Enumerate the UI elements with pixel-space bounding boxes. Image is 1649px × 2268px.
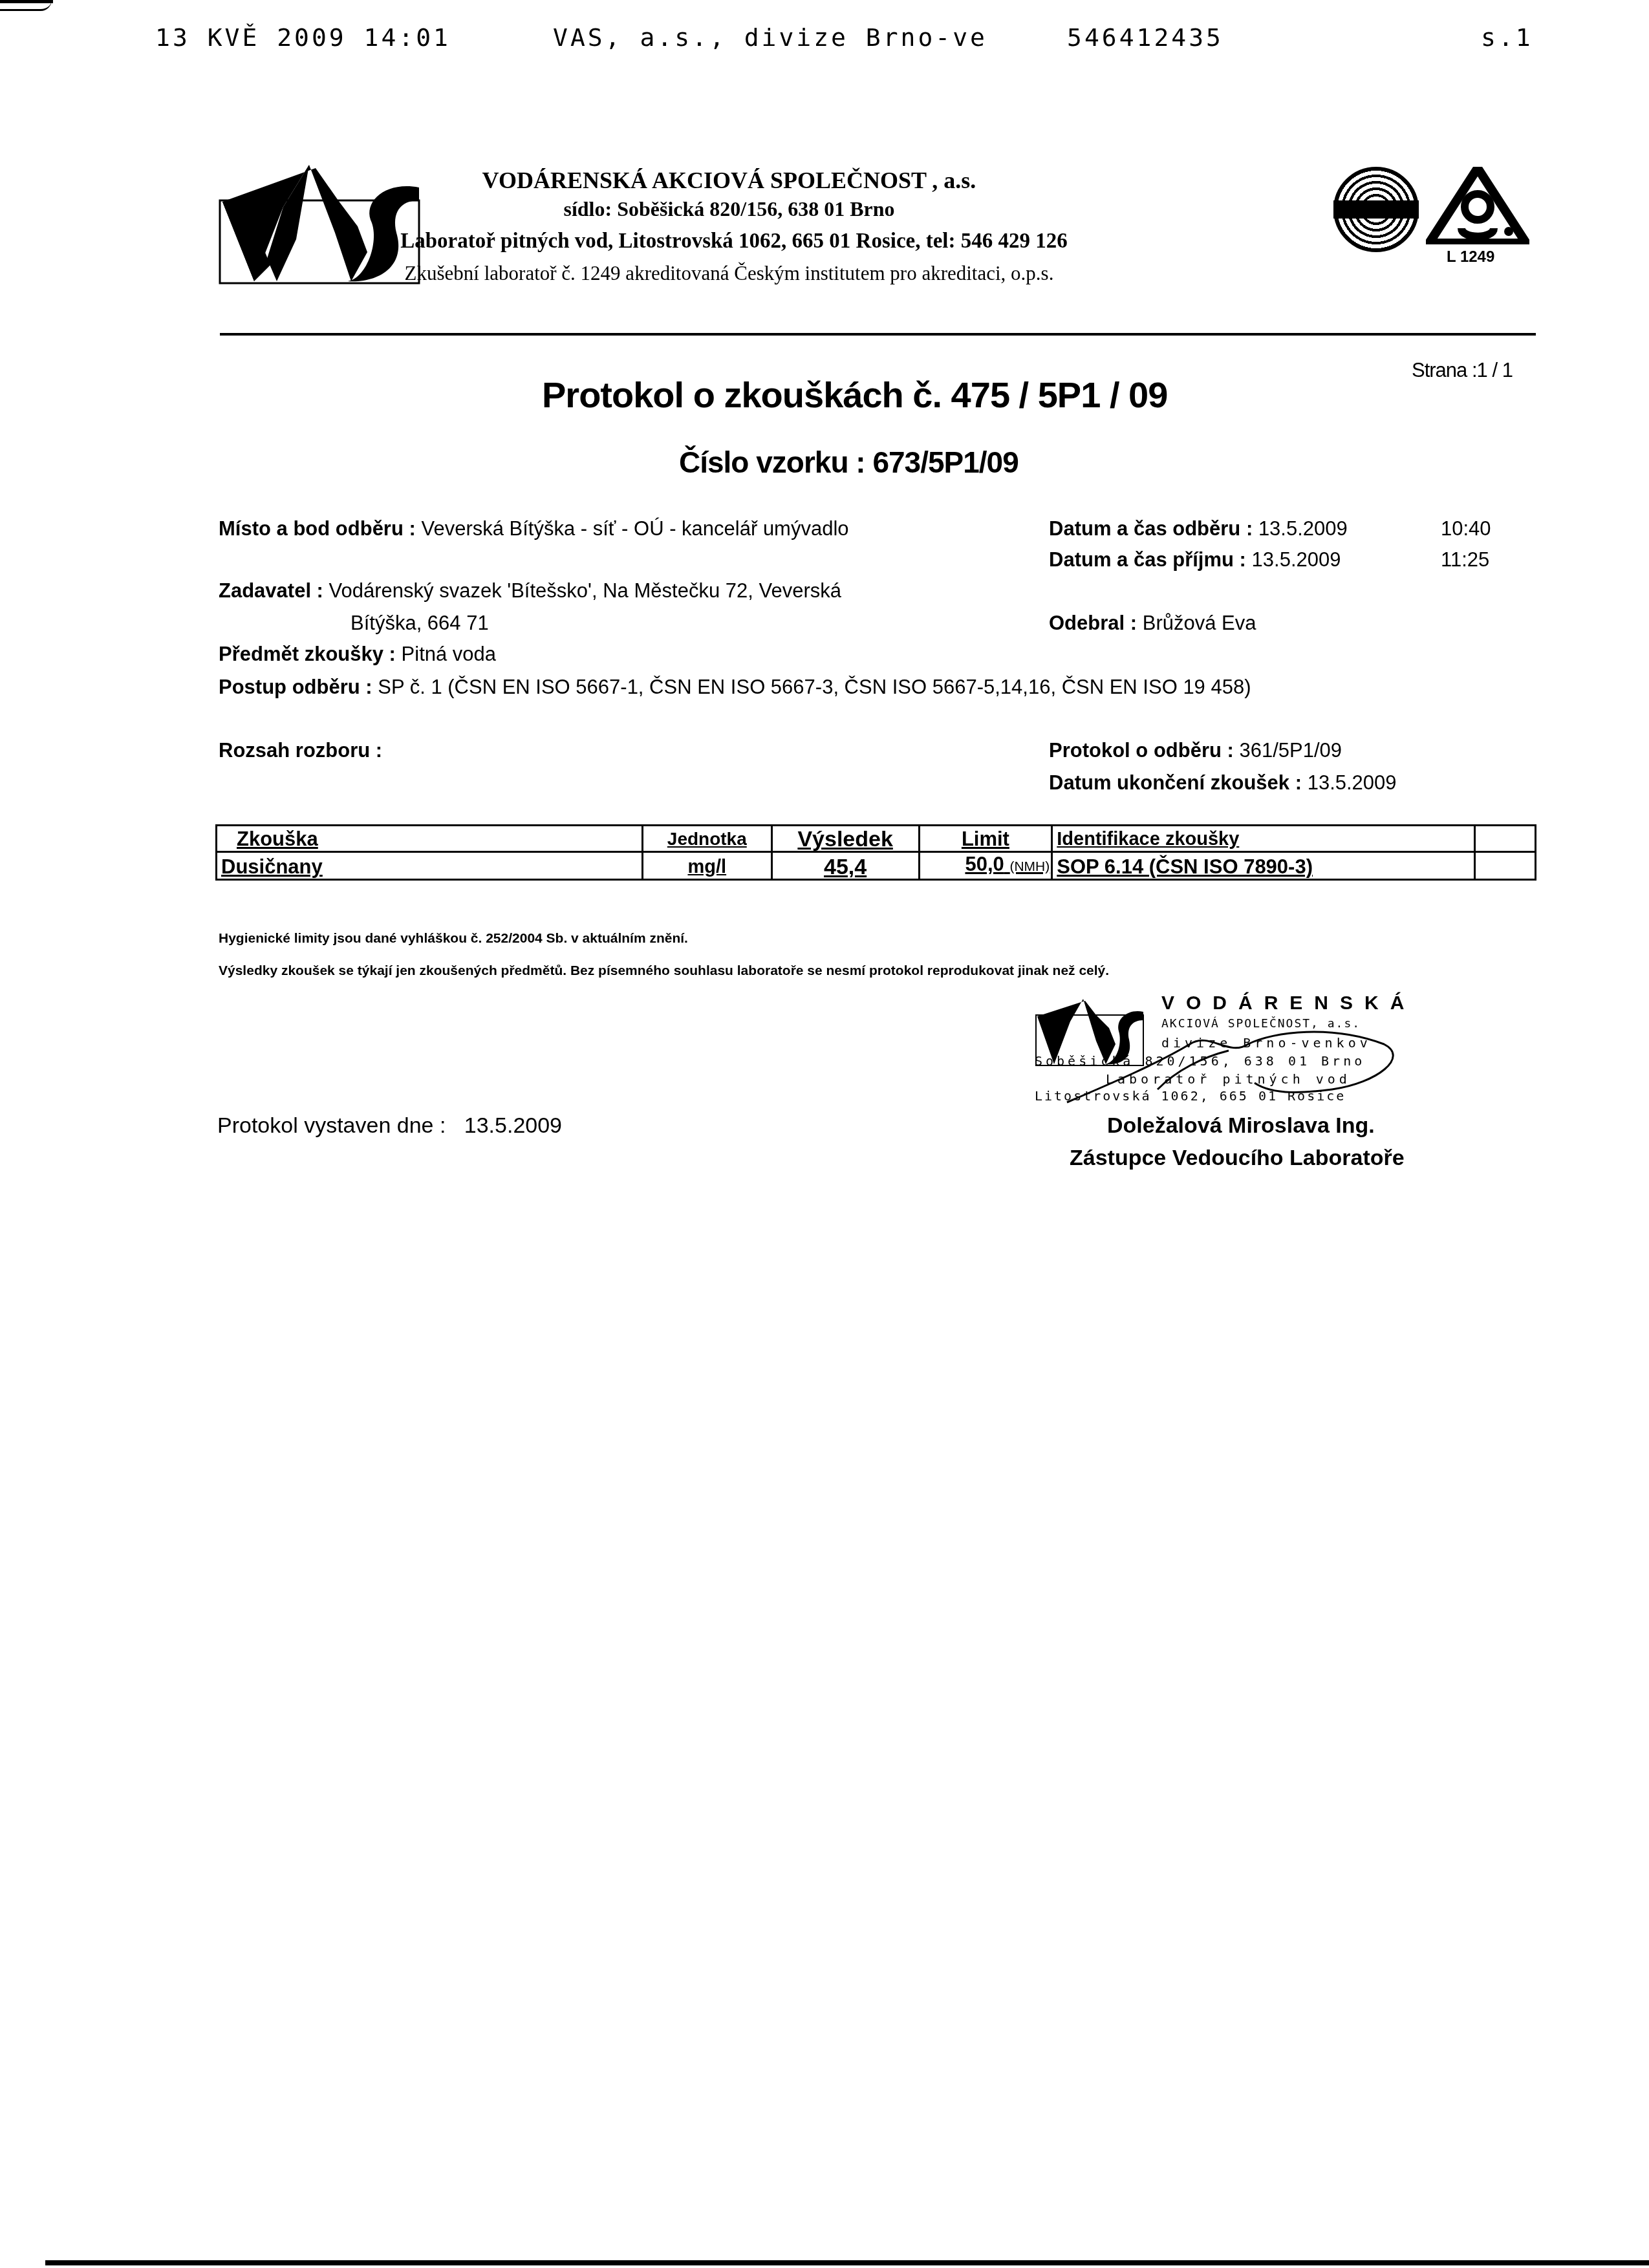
client-label: Zadavatel : <box>219 579 323 602</box>
accreditation-text: Zkušební laboratoř č. 1249 akreditovaná … <box>0 262 1458 285</box>
sampler-label: Odebral : <box>1049 612 1137 634</box>
sample-number: Číslo vzorku : 673/5P1/09 <box>679 445 1018 480</box>
stamp-line4: Soběšická 820/156, 638 01 Brno <box>1035 1053 1365 1069</box>
header-extra <box>1475 826 1536 852</box>
fax-datetime: 13 KVĚ 2009 14:01 <box>155 23 451 52</box>
sampling-dt-label: Datum a čas odběru : <box>1049 517 1253 540</box>
subject-value: Pitná voda <box>402 643 497 665</box>
procedure-label: Postup odběru : <box>219 676 372 698</box>
page-title: Protokol o zkouškách č. 475 / 5P1 / 09 <box>542 374 1167 416</box>
signatory-role: Zástupce Vedoucího Laboratoře <box>1070 1146 1405 1171</box>
procedure-value: SP č. 1 (ČSN EN ISO 5667-1, ČSN EN ISO 5… <box>378 676 1251 698</box>
fax-sender: VAS, a.s., divize Brno-ve <box>553 23 987 52</box>
sampler-value: Brůžová Eva <box>1143 612 1256 634</box>
subject-label: Předmět zkoušky : <box>219 643 396 665</box>
cell-limit: 50,0 (NMH) <box>919 852 1052 880</box>
header-limit: Limit <box>919 826 1052 852</box>
cell-extra <box>1475 852 1536 880</box>
issued-date: Protokol vystaven dne : 13.5.2009 <box>217 1113 562 1139</box>
header-divider <box>220 333 1536 336</box>
sampling-date: 13.5.2009 <box>1258 517 1348 540</box>
laboratory-stamp: VODÁRENSKÁ AKCIOVÁ SPOLEČNOST, a.s. divi… <box>1035 992 1461 1109</box>
stamp-line5: Laboratoř pitných vod <box>1106 1071 1351 1087</box>
lab-address: Laboratoř pitných vod, Litostrovská 1062… <box>0 230 1468 253</box>
sampling-datetime: Datum a čas odběru : 13.5.2009 <box>1049 517 1348 540</box>
stamp-line1: VODÁRENSKÁ <box>1161 992 1416 1014</box>
hygiene-note: Hygienické limity jsou dané vyhláškou č.… <box>219 931 688 947</box>
cell-limit-value: 50,0 <box>965 853 1004 875</box>
company-name: VODÁRENSKÁ AKCIOVÁ SPOLEČNOST , a.s. <box>0 167 1429 194</box>
header-method: Identifikace zkoušky <box>1052 826 1475 852</box>
scope-label: Rozsah rozboru : <box>219 739 382 762</box>
sampling-time: 10:40 <box>1441 517 1491 540</box>
results-table: Zkouška Jednotka Výsledek Limit Identifi… <box>215 824 1536 881</box>
sampling-place: Místo a bod odběru : Veverská Bítýška - … <box>219 517 849 540</box>
cia-triangle-icon <box>1426 167 1529 248</box>
sampling-protocol: Protokol o odběru : 361/5P1/09 <box>1049 739 1342 762</box>
client-value-line1: Vodárenský svazek 'Bítešsko', Na Městečk… <box>329 579 841 602</box>
stamp-line2: AKCIOVÁ SPOLEČNOST, a.s. <box>1161 1017 1361 1031</box>
sampling-place-value: Veverská Bítýška - síť - OÚ - kancelář u… <box>421 517 848 540</box>
table-row: Dusičnany mg/l 45,4 50,0 (NMH) SOP 6.14 … <box>217 852 1536 880</box>
cell-method: SOP 6.14 (ČSN ISO 7890-3) <box>1052 852 1475 880</box>
client-value-line2: Bítýška, 664 71 <box>350 612 489 635</box>
table-header-row: Zkouška Jednotka Výsledek Limit Identifi… <box>217 826 1536 852</box>
fax-number: 546412435 <box>1067 23 1223 52</box>
receipt-dt-label: Datum a čas příjmu : <box>1049 548 1246 571</box>
sampling-protocol-label: Protokol o odběru : <box>1049 739 1234 762</box>
completion-label: Datum ukončení zkoušek : <box>1049 771 1302 794</box>
fax-page: s.1 <box>1481 23 1533 52</box>
client: Zadavatel : Vodárenský svazek 'Bítešsko'… <box>219 579 841 603</box>
completion-value: 13.5.2009 <box>1308 771 1397 794</box>
subject: Předmět zkoušky : Pitná voda <box>219 643 496 666</box>
stamp-line6: Litostrovská 1062, 665 01 Rosice <box>1035 1088 1346 1104</box>
receipt-time: 11:25 <box>1441 548 1489 572</box>
header-test: Zkouška <box>217 826 643 852</box>
signatory-name: Doležalová Miroslava Ing. <box>1107 1113 1375 1139</box>
page-indicator: Strana :1 / 1 <box>1412 359 1513 382</box>
cell-limit-note: (NMH) <box>1009 859 1050 874</box>
sampler: Odebral : Brůžová Eva <box>1049 612 1256 635</box>
issued-value: 13.5.2009 <box>464 1113 562 1138</box>
stamp-line3: divize Brno-venkov <box>1161 1035 1372 1051</box>
issued-label: Protokol vystaven dne : <box>217 1113 446 1138</box>
completion-date: Datum ukončení zkoušek : 13.5.2009 <box>1049 771 1397 795</box>
header-result: Výsledek <box>771 826 919 852</box>
cell-test: Dusičnany <box>217 852 643 880</box>
company-seat: sídlo: Soběšická 820/156, 638 01 Brno <box>0 197 1458 221</box>
accreditation-seal-band <box>1333 200 1419 219</box>
cell-result: 45,4 <box>771 852 919 880</box>
header-unit: Jednotka <box>642 826 771 852</box>
receipt-date: 13.5.2009 <box>1252 548 1341 571</box>
scan-bottom-edge <box>45 2260 1649 2265</box>
scan-artifact-curve <box>0 0 52 11</box>
sampling-place-label: Místo a bod odběru : <box>219 517 416 540</box>
cell-unit: mg/l <box>642 852 771 880</box>
receipt-datetime: Datum a čas příjmu : 13.5.2009 <box>1049 548 1341 572</box>
reproduction-note: Výsledky zkoušek se týkají jen zkoušenýc… <box>219 963 1109 979</box>
sampling-procedure: Postup odběru : SP č. 1 (ČSN EN ISO 5667… <box>219 676 1251 699</box>
sampling-protocol-value: 361/5P1/09 <box>1240 739 1342 762</box>
accreditation-number: L 1249 <box>1447 248 1494 266</box>
